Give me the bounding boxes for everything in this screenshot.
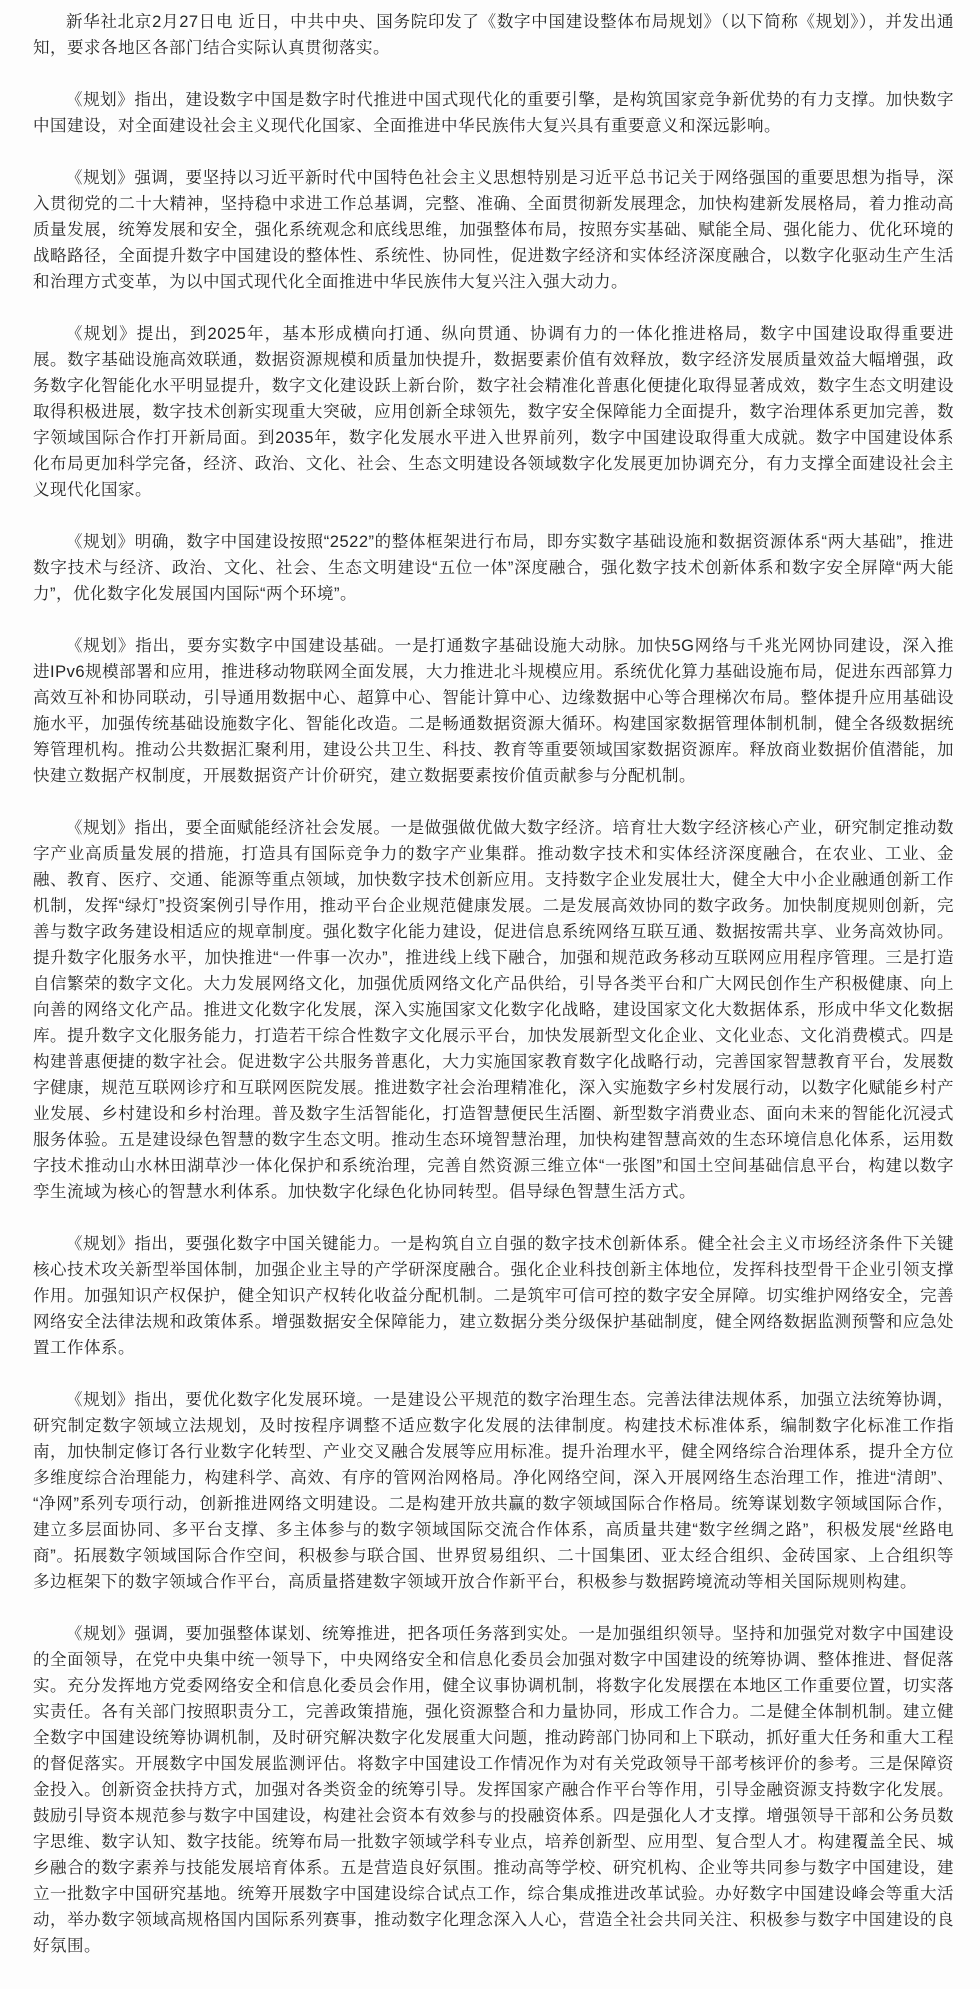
paragraph-key-capabilities: 《规划》指出，要强化数字中国关键能力。一是构筑自立自强的数字技术创新体系。健全社… (33, 1231, 954, 1361)
paragraph-2522-framework: 《规划》明确，数字中国建设按照“2522”的整体框架进行布局，即夯实数字基础设施… (33, 529, 954, 607)
paragraph-foundation: 《规划》指出，要夯实数字中国建设基础。一是打通数字基础设施大动脉。加快5G网络与… (33, 633, 954, 789)
paragraph-development-environment: 《规划》指出，要优化数字化发展环境。一是建设公平规范的数字治理生态。完善法律法规… (33, 1387, 954, 1595)
paragraph-implementation: 《规划》强调，要加强整体谋划、统筹推进，把各项任务落到实处。一是加强组织领导。坚… (33, 1621, 954, 1959)
paragraph-significance: 《规划》指出，建设数字中国是数字时代推进中国式现代化的重要引擎，是构筑国家竞争新… (33, 87, 954, 139)
paragraph-guiding-principles: 《规划》强调，要坚持以习近平新时代中国特色社会主义思想特别是习近平总书记关于网络… (33, 165, 954, 295)
article-body: 新华社北京2月27日电 近日，中共中央、国务院印发了《数字中国建设整体布局规划》… (0, 0, 980, 1989)
paragraph-empower-economy-society: 《规划》指出，要全面赋能经济社会发展。一是做强做优做大数字经济。培育壮大数字经济… (33, 815, 954, 1205)
paragraph-dateline: 新华社北京2月27日电 近日，中共中央、国务院印发了《数字中国建设整体布局规划》… (33, 9, 954, 61)
paragraph-goals-2025-2035: 《规划》提出，到2025年，基本形成横向打通、纵向贯通、协调有力的一体化推进格局… (33, 321, 954, 503)
